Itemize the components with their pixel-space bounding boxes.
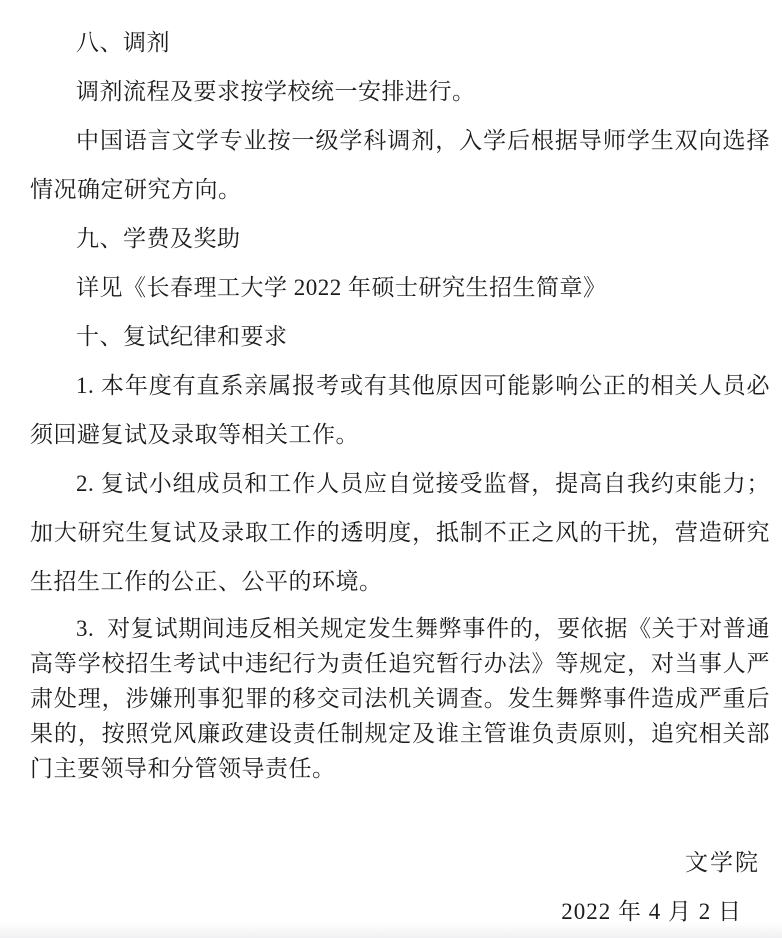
signature-block: 文学院 2022 年 4 月 2 日 <box>30 838 770 936</box>
section-heading-tiaoji: 八、调剂 <box>30 18 770 67</box>
document-viewport: { "page": { "background": "#ffffff", "te… <box>0 0 782 938</box>
paragraph-tiaoji-process: 调剂流程及要求按学校统一安排进行。 <box>30 67 770 116</box>
paragraph-discipline-item-1: 1. 本年度有直系亲属报考或有其他原因可能影响公正的相关人员必须回避复试及录取等… <box>30 361 770 459</box>
signature-date: 2022 年 4 月 2 日 <box>30 887 770 936</box>
paragraph-discipline-item-3: 3. 对复试期间违反相关规定发生舞弊事件的，要依据《关于对普通高等学校招生考试中… <box>30 611 770 786</box>
paragraph-tuition-reference: 详见《长春理工大学 2022 年硕士研究生招生简章》 <box>30 263 770 312</box>
section-heading-tuition: 九、学费及奖助 <box>30 214 770 263</box>
paragraph-discipline-item-2: 2. 复试小组成员和工作人员应自觉接受监督，提高自我约束能力；加大研究生复试及录… <box>30 459 770 606</box>
section-heading-discipline: 十、复试纪律和要求 <box>30 312 770 361</box>
paragraph-tiaoji-chinese-literature: 中国语言文学专业按一级学科调剂，入学后根据导师学生双向选择情况确定研究方向。 <box>30 116 770 214</box>
signature-org: 文学院 <box>30 838 770 887</box>
document-page: 八、调剂 调剂流程及要求按学校统一安排进行。 中国语言文学专业按一级学科调剂，入… <box>0 0 782 938</box>
